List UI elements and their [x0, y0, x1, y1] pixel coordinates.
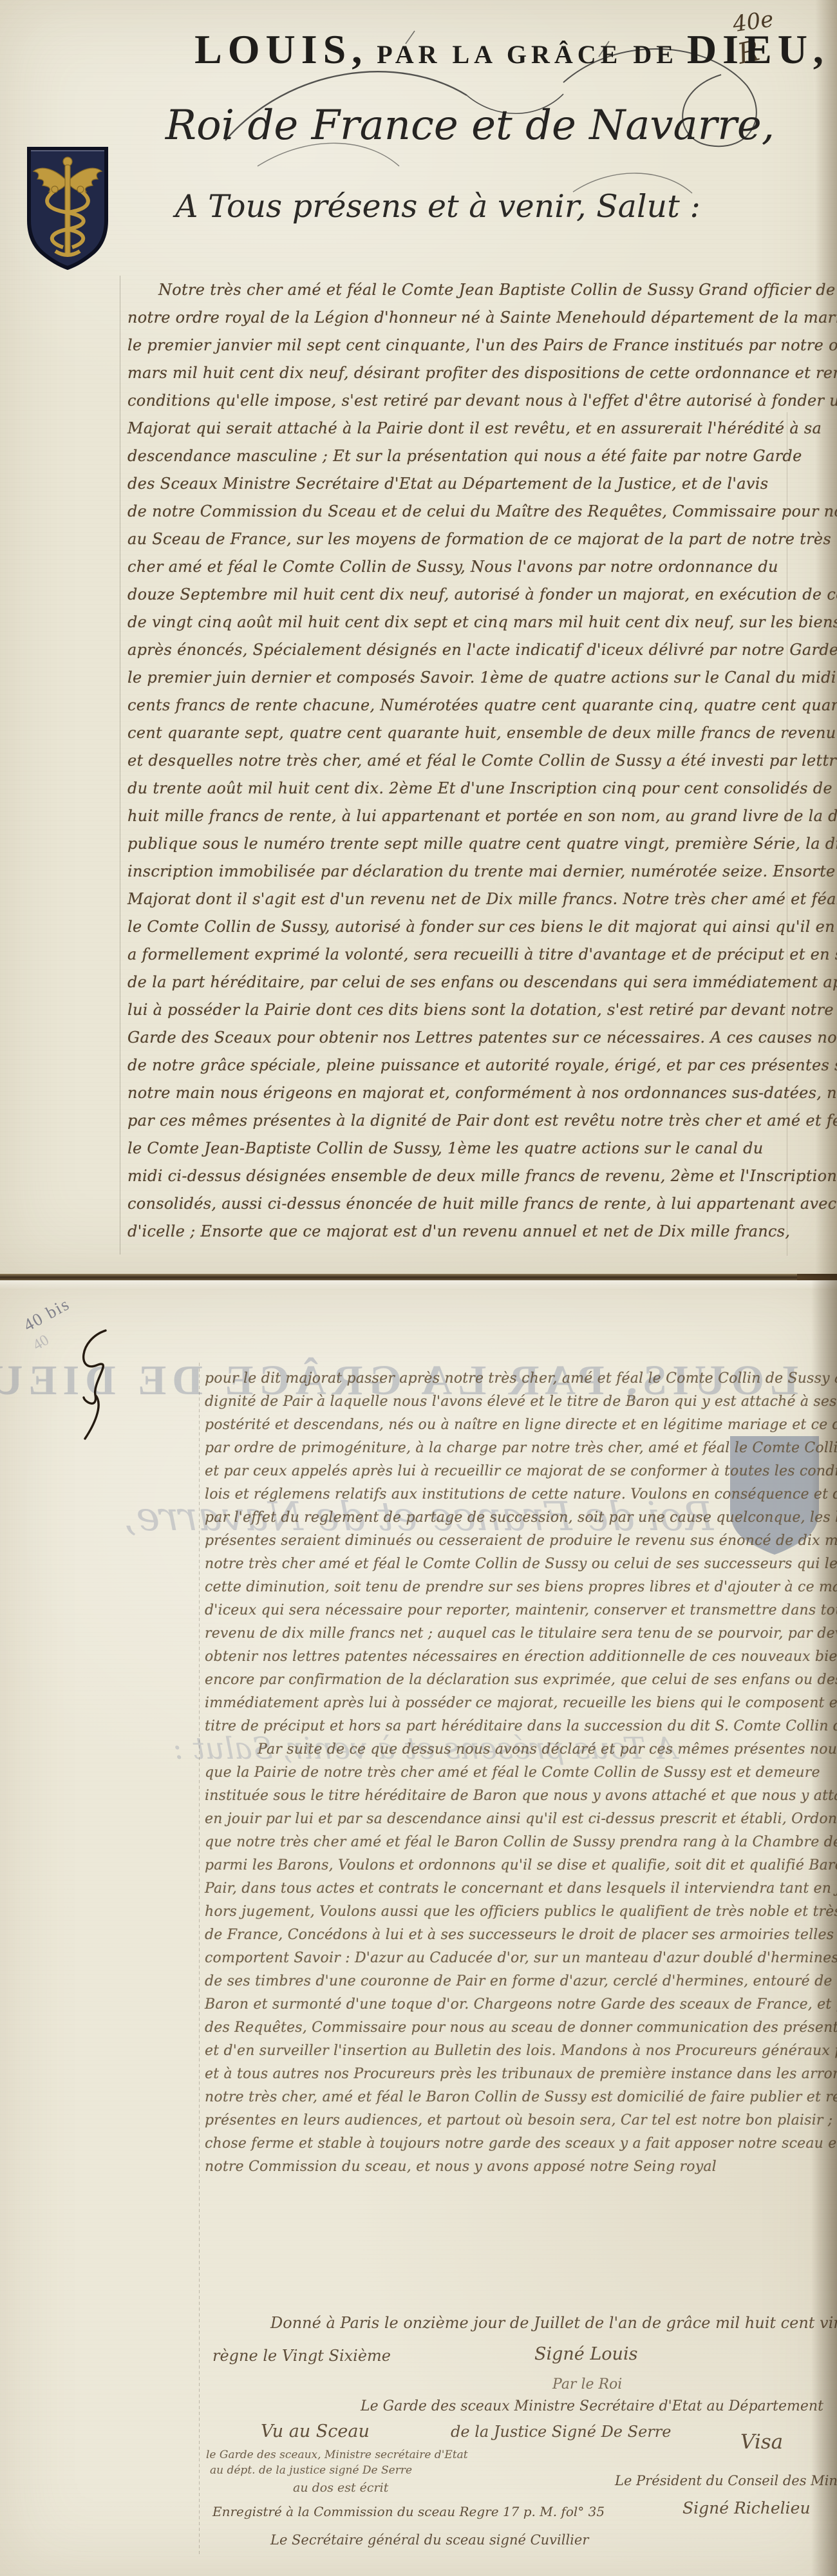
reign-line: règne le Vingt Sixième: [212, 2347, 391, 2365]
manuscript-line: que notre très cher amé et féal le Baron…: [205, 1834, 823, 1857]
title-word-dieu: DIEU,: [687, 26, 829, 73]
garde-des-sceaux-line: Le Garde des sceaux Ministre Secrétaire …: [361, 2398, 823, 2414]
ink-paraph: [59, 1325, 130, 1448]
folio-number-ghost: 40: [30, 1332, 52, 1355]
binding-shadow-page2: [811, 1280, 837, 2576]
au-dos-note: au dos est écrit: [293, 2481, 388, 2495]
manuscript-line: et par ceux appelés après lui à recueill…: [205, 1463, 823, 1486]
royal-title-line: LOUIS, PAR LA GRÂCE DE DIEU,: [193, 26, 831, 73]
manuscript-line: huit mille francs de rente, à lui appart…: [127, 807, 797, 835]
manuscript-line: encore par confirmation de la déclaratio…: [205, 1672, 823, 1695]
manuscript-line: Majorat qui serait attaché à la Pairie d…: [127, 419, 797, 447]
manuscript-line: inscription immobilisée par déclaration …: [127, 862, 797, 890]
manuscript-line: Pair, dans tous actes et contrats le con…: [205, 1880, 823, 1904]
manuscript-line: cents francs de rente chacune, Numérotée…: [127, 696, 797, 724]
left-margin-rule-page2: [199, 1363, 200, 2554]
manuscript-line: le premier janvier mil sept cent cinquan…: [127, 336, 797, 364]
par-le-roi-line: Par le Roi: [552, 2376, 622, 2392]
manuscript-line: cent quarante sept, quatre cent quarante…: [127, 724, 797, 752]
manuscript-body-page2: pour le dit majorat passer après notre t…: [205, 1370, 823, 2182]
president-conseil-line: Le Président du Conseil des Ministres: [615, 2473, 837, 2488]
garde-small-note-1: le Garde des sceaux, Ministre secrétaire…: [206, 2448, 468, 2461]
manuscript-line: le Comte Jean-Baptiste Collin de Sussy, …: [127, 1139, 797, 1167]
manuscript-line: le Comte Collin de Sussy, autorisé à fon…: [127, 918, 797, 945]
manuscript-line: notre main nous érigeons en majorat et, …: [127, 1084, 797, 1112]
manuscript-line: postérité et descendans, nés ou à naître…: [205, 1417, 823, 1440]
title-word-louis: LOUIS,: [194, 26, 368, 73]
manuscript-line: midi ci-dessus désignées ensemble de deu…: [127, 1167, 797, 1195]
manuscript-line: de vingt cinq août mil huit cent dix sep…: [127, 613, 797, 641]
manuscript-line: cette diminution, soit tenu de prendre s…: [205, 1579, 823, 1602]
registration-note: Enregistré à la Commission du sceau Regr…: [212, 2504, 605, 2519]
manuscript-line: notre ordre royal de la Légion d'honneur…: [127, 308, 797, 336]
page-edge-gap: [0, 1274, 837, 1280]
manuscript-line: Par suite de ce que dessus nous avons dé…: [205, 1741, 823, 1765]
manuscript-line: le premier juin dernier et composés Savo…: [127, 668, 797, 696]
page-2: LOUIS, PAR LA GRÂCE DE DIEU. Roi de Fran…: [0, 1280, 837, 2576]
coat-of-arms-shield: [26, 144, 109, 270]
manuscript-line: immédiatement après lui à posséder ce ma…: [205, 1695, 823, 1718]
manuscript-line: des Sceaux Ministre Secrétaire d'Etat au…: [127, 475, 797, 502]
manuscript-line: descendance masculine ; Et sur la présen…: [127, 447, 797, 475]
manuscript-line: a formellement exprimé la volonté, sera …: [127, 945, 797, 973]
king-signature: Signé Louis: [534, 2344, 637, 2364]
visa-note: Visa: [740, 2430, 783, 2454]
manuscript-line: dignité de Pair à laquelle nous l'avons …: [205, 1394, 823, 1417]
richelieu-signature: Signé Richelieu: [682, 2499, 811, 2517]
manuscript-line: présentes seraient diminués ou cesseraie…: [205, 1533, 823, 1556]
dateline: Donné à Paris le onzième jour de Juillet…: [270, 2314, 837, 2332]
page-1: 40e R LOUIS, PAR LA GRÂCE DE DIEU, Roi d…: [0, 0, 837, 1274]
manuscript-line: de notre grâce spéciale, pleine puissanc…: [127, 1056, 797, 1084]
manuscript-line: instituée sous le titre héréditaire de B…: [205, 1788, 823, 1811]
title-word-par-la-grace-de: PAR LA GRÂCE DE: [377, 39, 678, 70]
manuscript-line: Majorat dont il s'agit est d'un revenu n…: [127, 890, 797, 918]
manuscript-line: en jouir par lui et par sa descendance a…: [205, 1811, 823, 1834]
de-serre-signature: de la Justice Signé De Serre: [451, 2423, 671, 2441]
manuscript-line: que la Pairie de notre très cher amé et …: [205, 1765, 823, 1788]
salutation-line: A Tous présens et à venir, Salut :: [97, 188, 779, 225]
manuscript-line: douze Septembre mil huit cent dix neuf, …: [127, 585, 797, 613]
manuscript-line: Garde des Sceaux pour obtenir nos Lettre…: [127, 1028, 797, 1056]
manuscript-line: notre Commission du sceau, et nous y avo…: [205, 2159, 823, 2182]
manuscript-line: au Sceau de France, sur les moyens de fo…: [127, 530, 797, 558]
royal-subtitle-line: Roi de France et de Navarre,: [142, 102, 798, 149]
manuscript-line: lui à posséder la Pairie dont ces dits b…: [127, 1001, 797, 1028]
binding-shadow: [815, 0, 837, 1274]
manuscript-line: par l'effet du reglement de partage de s…: [205, 1510, 823, 1533]
manuscript-line: et desquelles notre très cher, amé et fé…: [127, 752, 797, 779]
manuscript-body-page1: Notre très cher amé et féal le Comte Jea…: [127, 281, 797, 1250]
manuscript-line: de France, Concédons à lui et à ses succ…: [205, 1927, 823, 1950]
manuscript-line: mars mil huit cent dix neuf, désirant pr…: [127, 364, 797, 392]
vu-au-sceau-note: Vu au Sceau: [261, 2421, 370, 2441]
manuscript-line: par ces mêmes présentes à la dignité de …: [127, 1112, 797, 1139]
manuscript-line: pour le dit majorat passer après notre t…: [205, 1370, 823, 1394]
manuscript-line: consolidés, aussi ci-dessus énoncée de h…: [127, 1195, 797, 1222]
manuscript-line: après énoncés, Spécialement désignés en …: [127, 641, 797, 668]
manuscript-line: titre de préciput et hors sa part hérédi…: [205, 1718, 823, 1741]
manuscript-line: de notre Commission du Sceau et de celui…: [127, 502, 797, 530]
manuscript-line: notre très cher, amé et féal le Baron Co…: [205, 2089, 823, 2112]
manuscript-line: présentes en leurs audiences, et partout…: [205, 2112, 823, 2136]
manuscript-line: et d'en surveiller l'insertion au Bullet…: [205, 2043, 823, 2066]
left-margin-rule: [120, 276, 120, 1255]
garde-small-note-2: au dépt. de la justice signé De Serre: [210, 2464, 412, 2477]
secretaire-general-line: Le Secrétaire général du sceau signé Cuv…: [270, 2532, 588, 2548]
manuscript-line: des Requêtes, Commissaire pour nous au s…: [205, 2020, 823, 2043]
manuscript-line: par ordre de primogéniture, à la charge …: [205, 1440, 823, 1463]
manuscript-line: revenu de dix mille francs net ; auquel …: [205, 1625, 823, 1649]
manuscript-line: et à tous autres nos Procureurs près les…: [205, 2066, 823, 2089]
manuscript-line: hors jugement, Voulons aussi que les off…: [205, 1904, 823, 1927]
manuscript-line: comportent Savoir : D'azur au Caducée d'…: [205, 1950, 823, 1973]
manuscript-line: d'iceux qui sera nécessaire pour reporte…: [205, 1602, 823, 1625]
manuscript-line: Baron et surmonté d'une toque d'or. Char…: [205, 1996, 823, 2020]
manuscript-line: notre très cher amé et féal le Comte Col…: [205, 1556, 823, 1579]
page-top-edge: [0, 1280, 837, 1289]
manuscript-line: lois et réglemens relatifs aux instituti…: [205, 1486, 823, 1510]
manuscript-line: du trente août mil huit cent dix. 2ème E…: [127, 779, 797, 807]
manuscript-line: conditions qu'elle impose, s'est retiré …: [127, 392, 797, 419]
manuscript-line: publique sous le numéro trente sept mill…: [127, 835, 797, 862]
manuscript-line: parmi les Barons, Voulons et ordonnons q…: [205, 1857, 823, 1880]
manuscript-line: d'icelle ; Ensorte que ce majorat est d'…: [127, 1222, 797, 1250]
manuscript-line: de ses timbres d'une couronne de Pair en…: [205, 1973, 823, 1996]
manuscript-line: Notre très cher amé et féal le Comte Jea…: [127, 281, 797, 308]
manuscript-line: cher amé et féal le Comte Collin de Suss…: [127, 558, 797, 585]
manuscript-line: obtenir nos lettres patentes nécessaires…: [205, 1649, 823, 1672]
manuscript-line: chose ferme et stable à toujours notre g…: [205, 2136, 823, 2159]
manuscript-scan: 40e R LOUIS, PAR LA GRÂCE DE DIEU, Roi d…: [0, 0, 837, 2576]
manuscript-line: de la part héréditaire, par celui de ses…: [127, 973, 797, 1001]
